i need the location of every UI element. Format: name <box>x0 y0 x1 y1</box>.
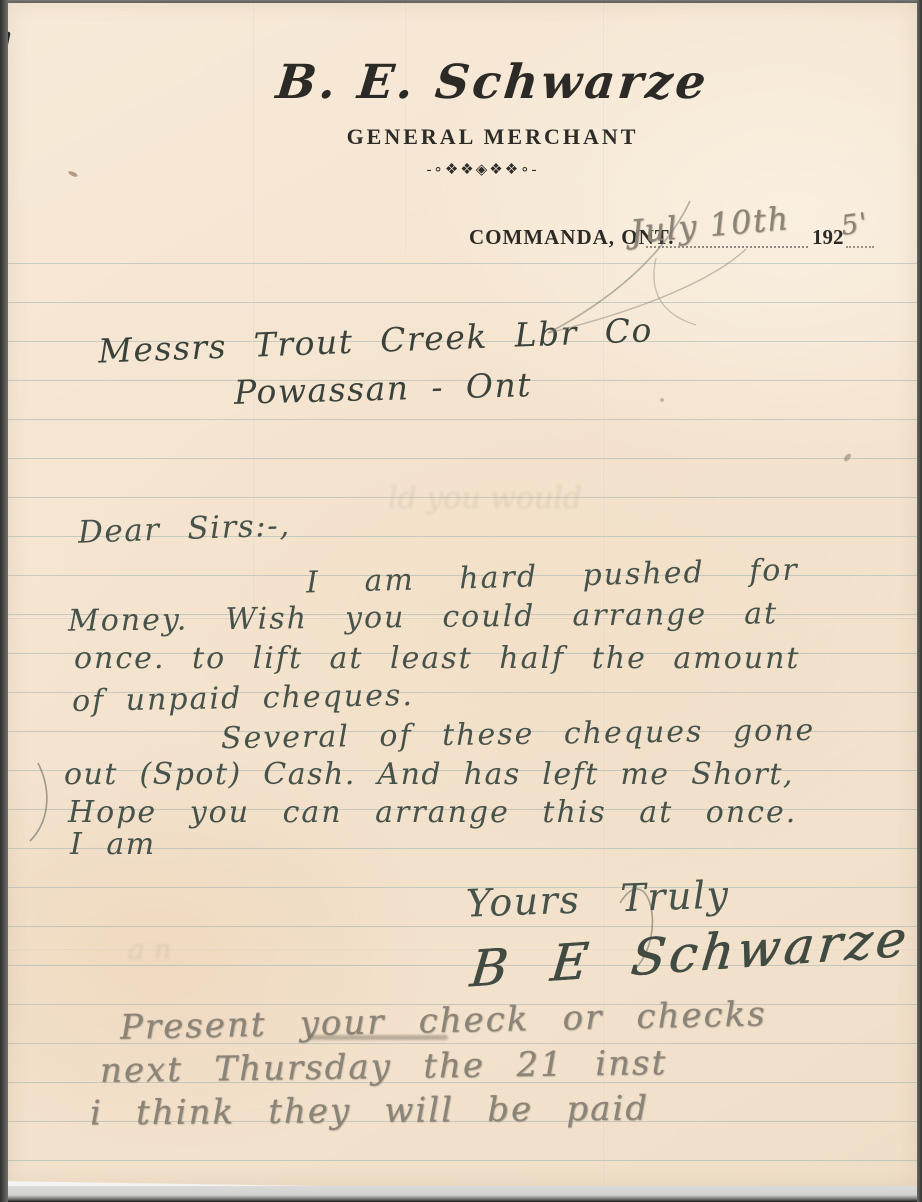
pencil-underline-smudge <box>308 1035 448 1040</box>
recipient-line-2: Powassan - Ont <box>234 365 533 412</box>
pencil-note-line: next Thursday the 21 inst <box>100 1043 668 1091</box>
salutation: Dear Sirs:-, <box>77 507 291 550</box>
body-line: of unpaid cheques. <box>72 678 414 719</box>
handwritten-year-digit: 5' <box>839 207 871 242</box>
printed-year-prefix: 192 <box>812 225 844 250</box>
bleed-through-writing: a n <box>128 933 172 966</box>
scanner-background <box>0 1186 922 1202</box>
scan-edge-left <box>0 0 8 1202</box>
body-line: I am <box>70 827 156 862</box>
ornament-divider-icon: -∘❖❖◈❖❖∘- <box>48 160 917 179</box>
letterhead: B. E. Schwarze GENERAL MERCHANT -∘❖❖◈❖❖∘… <box>68 55 917 179</box>
paper-speck <box>660 398 664 402</box>
letter-paper: B. E. Schwarze GENERAL MERCHANT -∘❖❖◈❖❖∘… <box>8 3 917 1186</box>
scan-edge-right <box>917 0 922 1202</box>
merchant-name: B. E. Schwarze <box>65 55 920 110</box>
scan-edge-top <box>0 0 922 3</box>
body-line: once. to lift at least half the amount <box>74 641 800 676</box>
bleed-through-writing: ld you would <box>388 481 582 516</box>
merchant-subtitle: GENERAL MERCHANT <box>68 124 917 150</box>
body-line: out (Spot) Cash. And has left me Short, <box>64 757 794 792</box>
pencil-note-line: i think they will be paid <box>90 1089 649 1134</box>
dotted-year-line <box>846 246 874 248</box>
body-line: Money. Wish you could arrange at <box>68 596 778 638</box>
valediction: Yours Truly <box>465 872 730 925</box>
scanned-letter: B. E. Schwarze GENERAL MERCHANT -∘❖❖◈❖❖∘… <box>0 0 922 1202</box>
body-line: Hope you can arrange this at once. <box>68 795 797 830</box>
